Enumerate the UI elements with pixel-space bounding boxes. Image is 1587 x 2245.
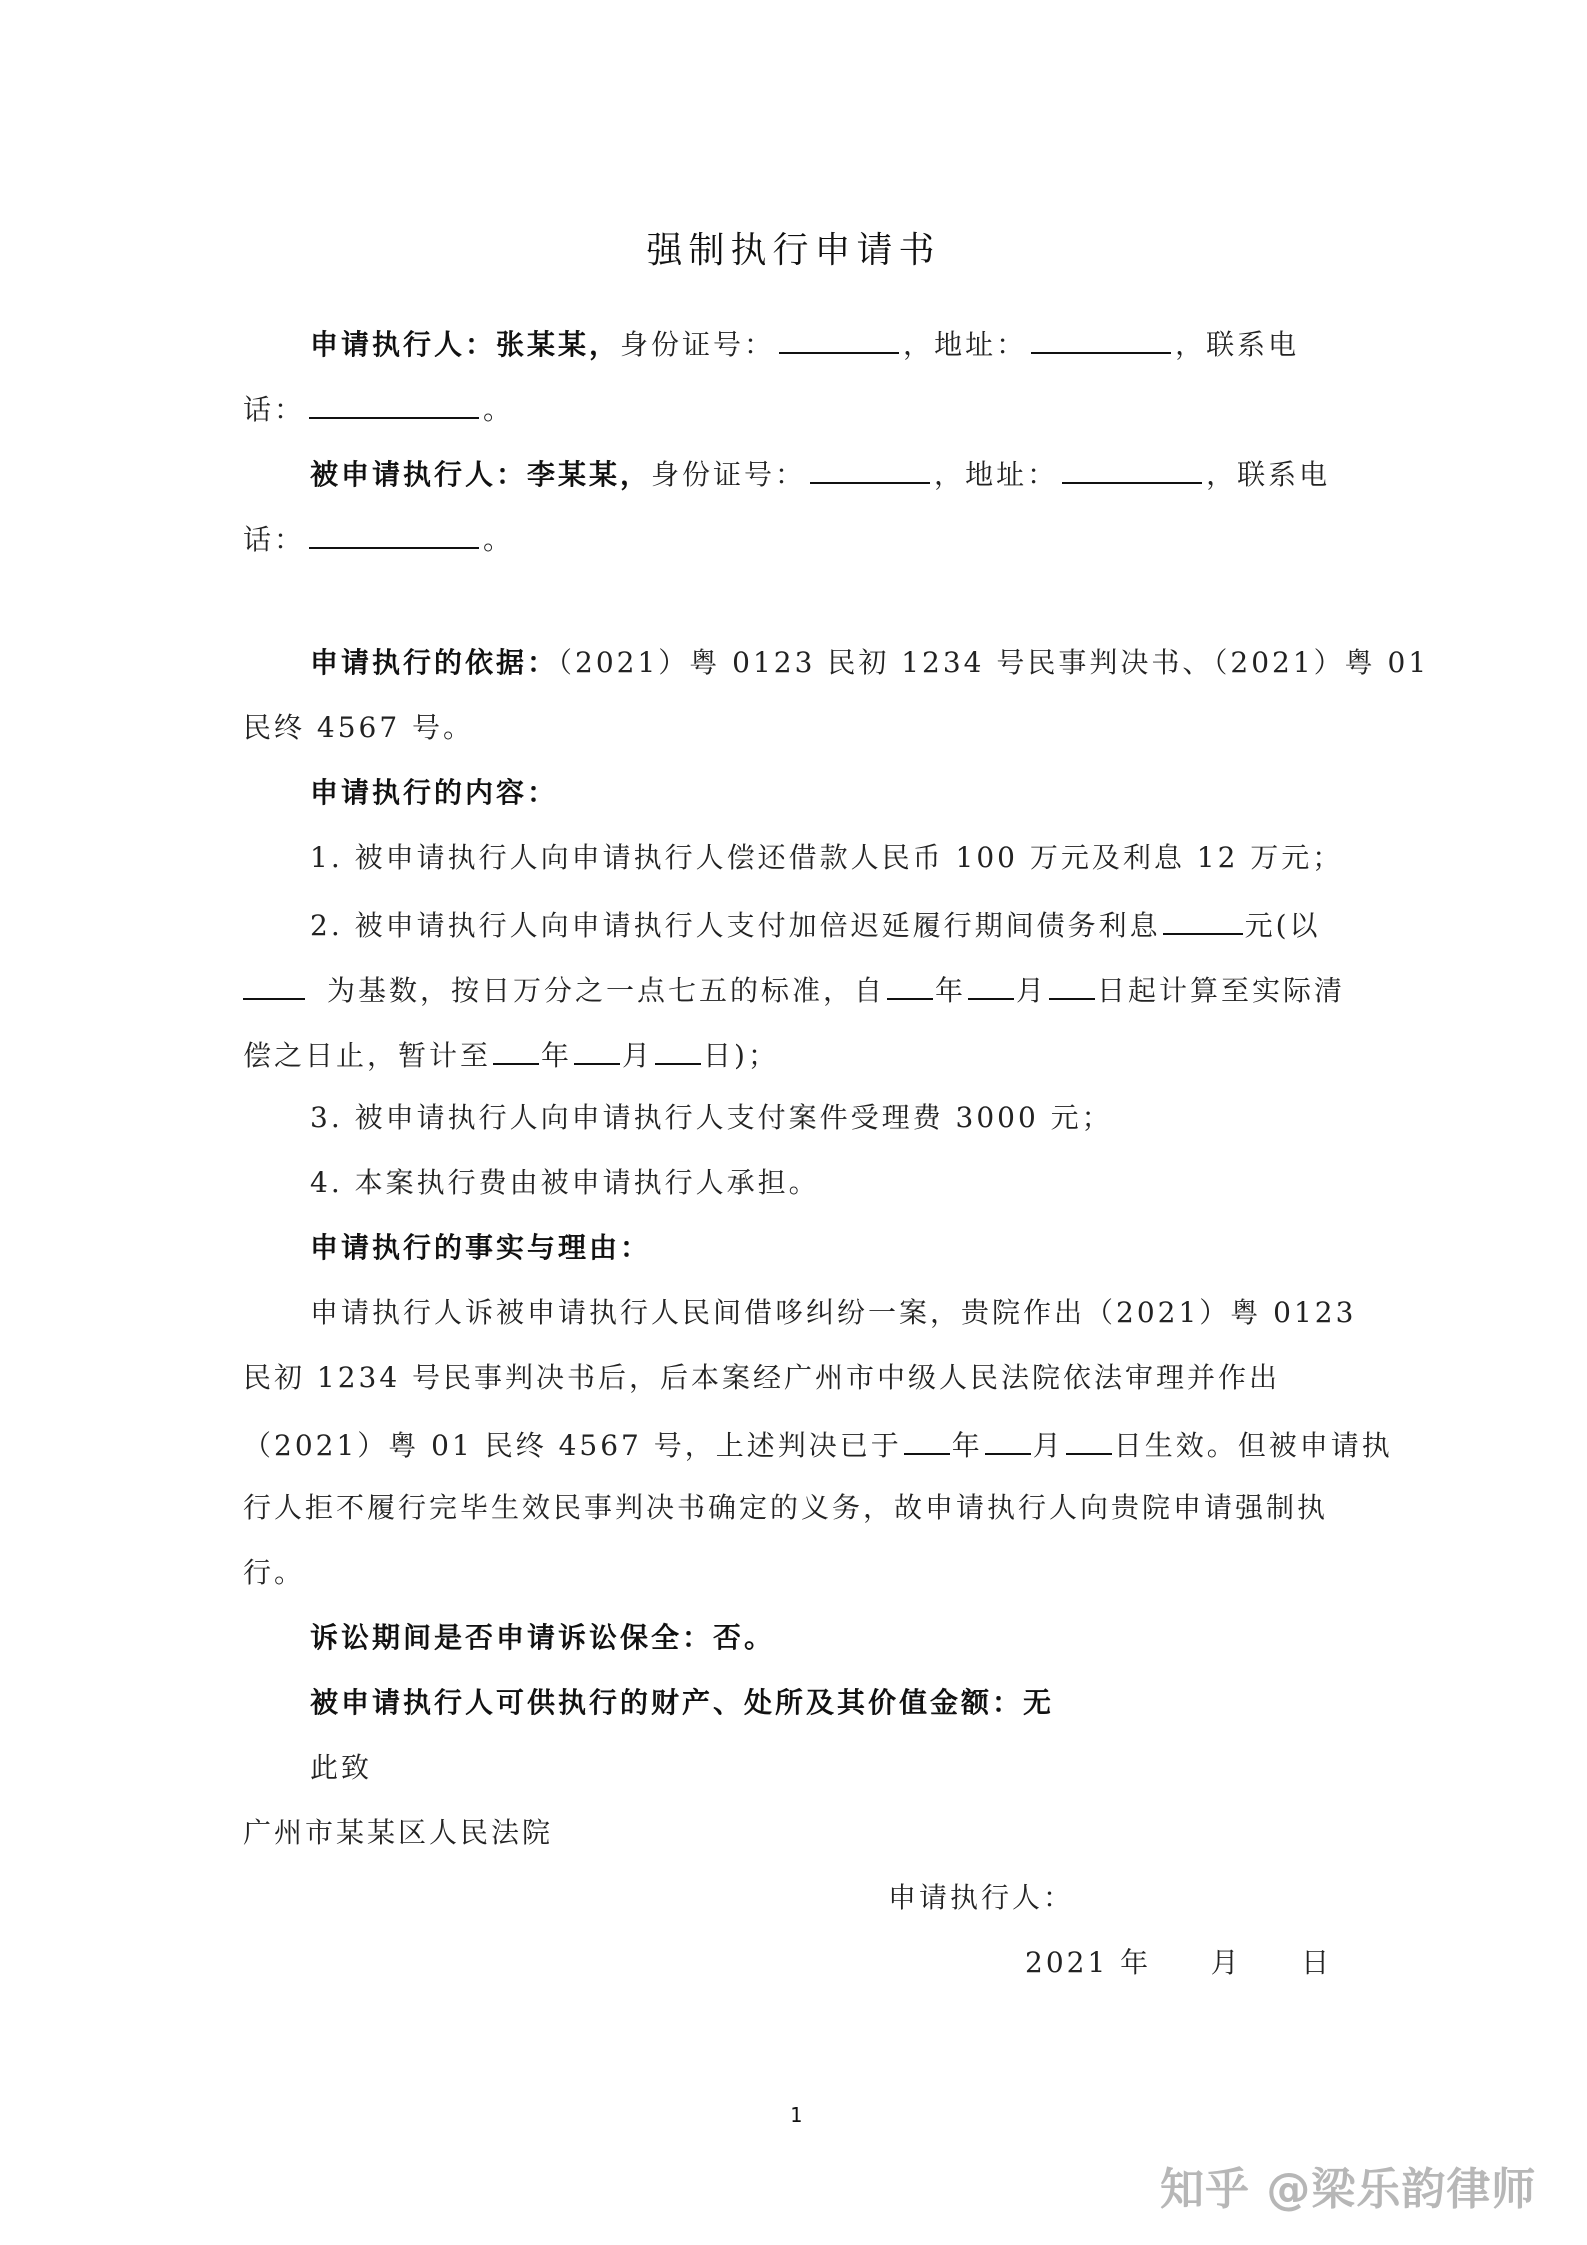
item-2-text-cont: 元(以 bbox=[1245, 909, 1321, 942]
effective-month-blank bbox=[985, 1423, 1031, 1455]
applicant-id-label: 身份证号： bbox=[620, 328, 775, 361]
content-item-2-line-1: 2. 被申请执行人向申请执行人支付加倍迟延履行期间债务利息元(以 bbox=[310, 903, 1353, 946]
content-item-4: 4. 本案执行费由被申请执行人承担。 bbox=[310, 1163, 1353, 1203]
effective-day-blank bbox=[1066, 1423, 1112, 1455]
closing-salutation: 此致 bbox=[310, 1748, 1353, 1788]
item-2-text-end: 日)； bbox=[703, 1039, 779, 1072]
separator: ， bbox=[934, 458, 965, 491]
month-label: 月 bbox=[1033, 1429, 1064, 1462]
item-2-text: 2. 被申请执行人向申请执行人支付加倍迟延履行期间债务利息 bbox=[310, 909, 1161, 942]
respondent-phone-label: 联系电 bbox=[1237, 458, 1330, 491]
item-2-text: 为基数，按日万分之一点七五的标准，自 bbox=[327, 974, 885, 1007]
year-label: 年 bbox=[935, 974, 966, 1007]
court-name: 广州市某某区人民法院 bbox=[243, 1813, 1353, 1853]
respondent-phone-line: 话：。 bbox=[243, 517, 1353, 560]
applicant-phone-blank bbox=[309, 387, 479, 419]
content-item-1: 1. 被申请执行人向申请执行人偿还借款人民币 100 万元及利息 12 万元； bbox=[310, 838, 1353, 878]
month-label: 月 bbox=[622, 1039, 653, 1072]
signature-date: 2021 年 月 日 bbox=[1025, 1943, 1425, 1983]
facts-text: （2021）粤 01 民终 4567 号，上述判决已于 bbox=[243, 1429, 902, 1462]
start-day-blank bbox=[1049, 968, 1095, 1000]
facts-line-2: 民初 1234 号民事判决书后，后本案经广州市中级人民法院依法审理并作出 bbox=[243, 1358, 1353, 1398]
applicant-address-label: 地址： bbox=[934, 328, 1027, 361]
month-label: 月 bbox=[1016, 974, 1047, 1007]
end-month-blank bbox=[574, 1033, 620, 1065]
content-item-3: 3. 被申请执行人向申请执行人支付案件受理费 3000 元； bbox=[310, 1098, 1353, 1138]
facts-line-5: 行。 bbox=[243, 1553, 1353, 1593]
year-label: 年 bbox=[952, 1429, 983, 1462]
respondent-label: 被申请执行人： bbox=[310, 458, 527, 491]
respondent-phone-label-cont: 话： bbox=[243, 523, 305, 556]
year-label: 年 bbox=[541, 1039, 572, 1072]
respondent-address-blank bbox=[1062, 452, 1202, 484]
applicant-label: 申请执行人： bbox=[310, 328, 496, 361]
period: 。 bbox=[483, 393, 514, 426]
preservation-statement: 诉讼期间是否申请诉讼保全：否。 bbox=[310, 1618, 1353, 1658]
applicant-id-blank bbox=[779, 322, 899, 354]
facts-line-4: 行人拒不履行完毕生效民事判决书确定的义务，故申请执行人向贵院申请强制执 bbox=[243, 1488, 1353, 1528]
respondent-name: 李某某， bbox=[527, 458, 651, 491]
period: 。 bbox=[483, 523, 514, 556]
applicant-line: 申请执行人：张某某，身份证号：，地址：，联系电 bbox=[310, 322, 1353, 365]
facts-line-1: 申请执行人诉被申请执行人民间借哆纠纷一案，贵院作出（2021）粤 0123 bbox=[310, 1293, 1353, 1333]
content-item-2-line-3: 偿之日止，暂计至年月日)； bbox=[243, 1033, 1353, 1076]
end-year-blank bbox=[493, 1033, 539, 1065]
document-title: 强制执行申请书 bbox=[0, 222, 1587, 273]
property-statement: 被申请执行人可供执行的财产、处所及其价值金额：无 bbox=[310, 1683, 1353, 1723]
start-year-blank bbox=[887, 968, 933, 1000]
applicant-address-blank bbox=[1031, 322, 1171, 354]
document-page: 强制执行申请书 申请执行人：张某某，身份证号：，地址：，联系电 话：。 被申请执… bbox=[0, 0, 1587, 2245]
basis-line-2: 民终 4567 号。 bbox=[243, 708, 1353, 748]
signature-label: 申请执行人： bbox=[888, 1878, 1288, 1918]
content-item-2-line-2: 为基数，按日万分之一点七五的标准，自年月日起计算至实际清 bbox=[243, 968, 1353, 1011]
respondent-id-label: 身份证号： bbox=[651, 458, 806, 491]
interest-amount-blank bbox=[1163, 903, 1243, 935]
end-day-blank bbox=[655, 1033, 701, 1065]
applicant-phone-line: 话：。 bbox=[243, 387, 1353, 430]
applicant-phone-label-cont: 话： bbox=[243, 393, 305, 426]
respondent-line: 被申请执行人：李某某，身份证号：，地址：，联系电 bbox=[310, 452, 1353, 495]
base-amount-blank bbox=[243, 968, 305, 1000]
basis-label: 申请执行的依据： bbox=[310, 646, 558, 679]
separator: ， bbox=[903, 328, 934, 361]
respondent-address-label: 地址： bbox=[965, 458, 1058, 491]
separator: ， bbox=[1206, 458, 1237, 491]
applicant-name: 张某某， bbox=[496, 328, 620, 361]
zhihu-watermark: 知乎 @梁乐韵律师 bbox=[1160, 2153, 1536, 2217]
basis-text: （2021）粤 0123 民初 1234 号民事判决书、（2021）粤 01 bbox=[558, 646, 1429, 679]
respondent-phone-blank bbox=[309, 517, 479, 549]
effective-year-blank bbox=[904, 1423, 950, 1455]
facts-line-3: （2021）粤 01 民终 4567 号，上述判决已于年月日生效。但被申请执 bbox=[243, 1423, 1353, 1466]
basis-line-1: 申请执行的依据：（2021）粤 0123 民初 1234 号民事判决书、（202… bbox=[310, 643, 1353, 683]
item-2-text: 偿之日止，暂计至 bbox=[243, 1039, 491, 1072]
content-label: 申请执行的内容： bbox=[310, 773, 1353, 813]
separator: ， bbox=[1175, 328, 1206, 361]
start-month-blank bbox=[968, 968, 1014, 1000]
facts-label: 申请执行的事实与理由： bbox=[310, 1228, 1353, 1268]
page-number: 1 bbox=[790, 2103, 802, 2127]
respondent-id-blank bbox=[810, 452, 930, 484]
facts-text-cont: 日生效。但被申请执 bbox=[1114, 1429, 1393, 1462]
item-2-text-cont: 日起计算至实际清 bbox=[1097, 974, 1345, 1007]
applicant-phone-label: 联系电 bbox=[1206, 328, 1299, 361]
